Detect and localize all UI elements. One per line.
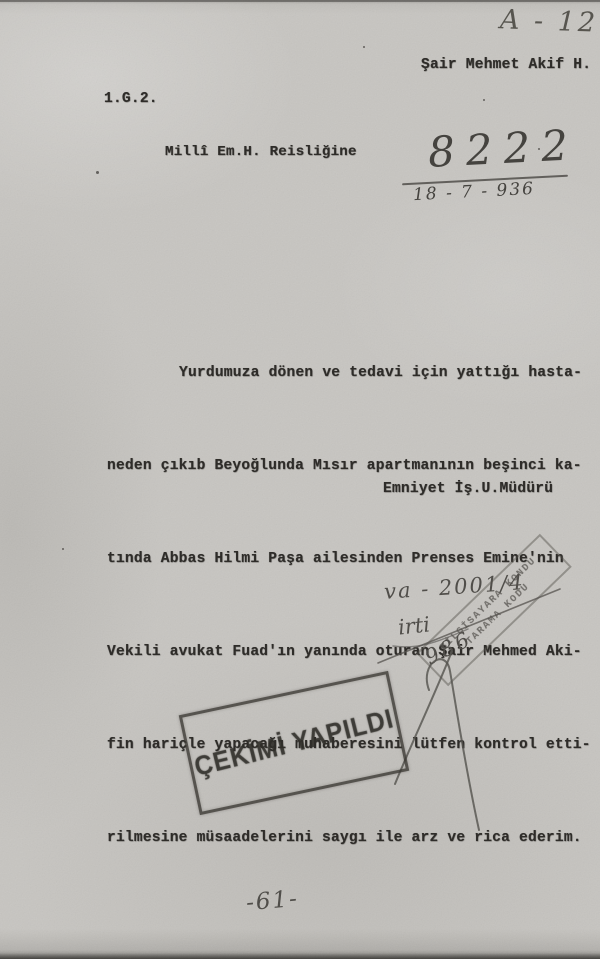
registry-number: 8222 <box>427 120 580 177</box>
dust-speck <box>62 548 64 550</box>
body-line: neden çıkıb Beyoğlunda Mısır apartmanını… <box>107 451 585 482</box>
body-line: Vekili avukat Fuad'ın yanında oturan Şai… <box>107 637 585 668</box>
file-code: 1.G.2. <box>104 91 158 107</box>
dust-speck <box>363 46 365 48</box>
irtibat-note: irti <box>397 612 431 639</box>
subject-line: Şair Mehmet Akif H. <box>421 57 591 73</box>
recipient-line: Millî Em.H. Reisliğine <box>165 144 357 160</box>
dust-speck <box>483 99 485 101</box>
cekim-yapildi-stamp-text: ÇEKİMİ YAPILDI <box>191 703 397 783</box>
body-line: rilmesine müsaadelerini saygı ile arz ve… <box>107 823 585 854</box>
scan-bottom-edge <box>0 953 600 959</box>
corner-code-annotation: A - 12 <box>499 4 598 38</box>
signature-title: Emniyet İş.U.Müdürü <box>383 481 553 497</box>
scanned-document-page: A - 12 Şair Mehmet Akif H. 1.G.2. Millî … <box>0 0 600 959</box>
dust-speck <box>96 171 99 174</box>
page-number: -61- <box>245 886 300 917</box>
body-line: Yurdumuza dönen ve tedavi için yattığı h… <box>107 358 585 389</box>
scan-top-edge <box>0 0 600 2</box>
